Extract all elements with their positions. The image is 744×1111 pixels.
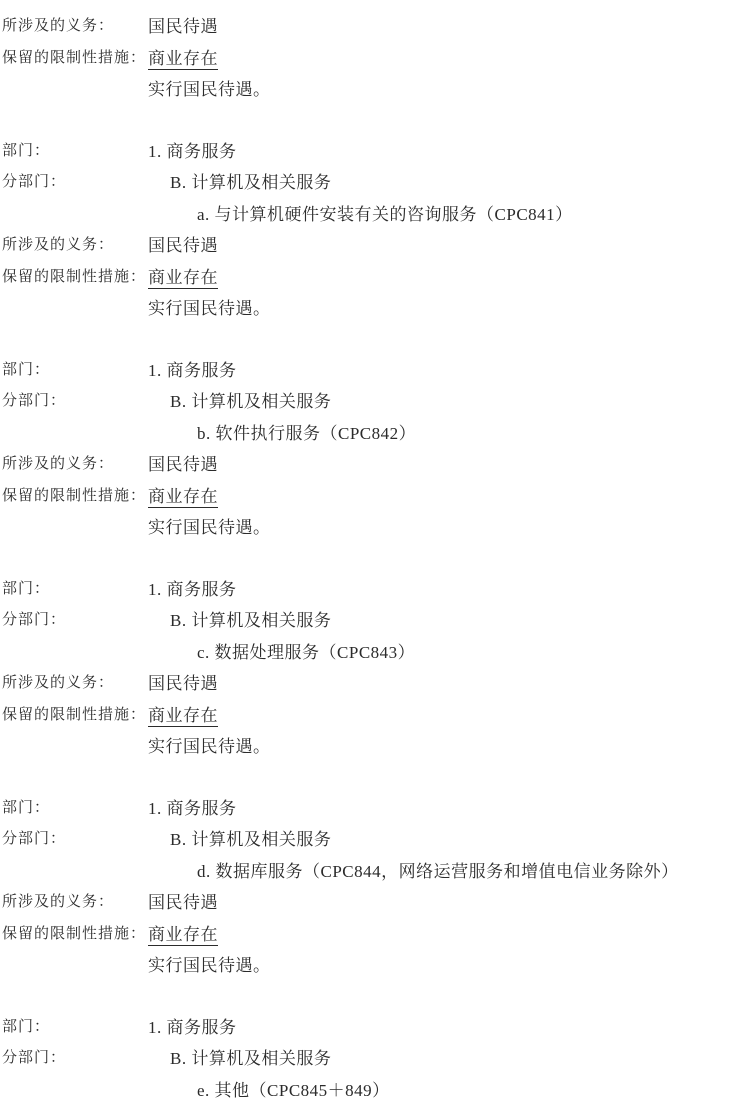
sector-label: 部门： [2,355,148,387]
subsector-label: 分部门： [2,824,148,856]
sector-label: 部门： [2,136,148,168]
schedule-entry-5: 部门： 1. 商务服务 分部门： B. 计算机及相关服务 e. 其他（CPC84… [2,1012,738,1107]
subsector-value: B. 计算机及相关服务 [148,1043,331,1075]
subsector-row: 分部门： B. 计算机及相关服务 [2,605,738,637]
obligations-row: 所涉及的义务： 国民待遇 [2,230,738,262]
measures-row: 保留的限制性措施： 商业存在 [2,700,738,732]
item-row: a. 与计算机硬件安装有关的咨询服务（CPC841） [2,199,738,231]
measure-detail-row: 实行国民待遇。 [2,950,738,982]
measure-value: 商业存在 [148,481,218,513]
measure-detail: 实行国民待遇。 [148,293,271,325]
item-value: d. 数据库服务（CPC844，网络运营服务和增值电信业务除外） [148,856,679,888]
measure-detail: 实行国民待遇。 [148,512,271,544]
item-row: b. 软件执行服务（CPC842） [2,418,738,450]
obligations-label: 所涉及的义务： [2,668,148,700]
measures-row: 保留的限制性措施： 商业存在 [2,262,738,294]
subsector-value: B. 计算机及相关服务 [148,386,331,418]
obligations-value: 国民待遇 [148,449,218,481]
subsector-label: 分部门： [2,1043,148,1075]
item-value: b. 软件执行服务（CPC842） [148,418,416,450]
item-row: e. 其他（CPC845＋849） [2,1075,738,1107]
sector-row: 部门： 1. 商务服务 [2,1012,738,1044]
sector-label: 部门： [2,1012,148,1044]
sector-value: 1. 商务服务 [148,136,237,168]
subsector-label: 分部门： [2,167,148,199]
measure-value: 商业存在 [148,919,218,951]
subsector-value: B. 计算机及相关服务 [148,167,331,199]
sector-value: 1. 商务服务 [148,793,237,825]
measures-label: 保留的限制性措施： [2,700,148,732]
item-value: e. 其他（CPC845＋849） [148,1075,390,1107]
subsector-row: 分部门： B. 计算机及相关服务 [2,167,738,199]
measures-row: 保留的限制性措施： 商业存在 [2,919,738,951]
schedule-entry-2: 部门： 1. 商务服务 分部门： B. 计算机及相关服务 b. 软件执行服务（C… [2,355,738,544]
measure-detail-row: 实行国民待遇。 [2,731,738,763]
schedule-entry-0: 所涉及的义务： 国民待遇 保留的限制性措施： 商业存在 实行国民待遇。 [2,11,738,106]
measures-label: 保留的限制性措施： [2,262,148,294]
obligations-value: 国民待遇 [148,11,218,43]
item-row: c. 数据处理服务（CPC843） [2,637,738,669]
subsector-row: 分部门： B. 计算机及相关服务 [2,824,738,856]
obligations-value: 国民待遇 [148,887,218,919]
measures-label: 保留的限制性措施： [2,43,148,75]
obligations-label: 所涉及的义务： [2,449,148,481]
measure-detail-row: 实行国民待遇。 [2,74,738,106]
schedule-entry-3: 部门： 1. 商务服务 分部门： B. 计算机及相关服务 c. 数据处理服务（C… [2,574,738,763]
sector-row: 部门： 1. 商务服务 [2,355,738,387]
measure-detail: 实行国民待遇。 [148,74,271,106]
measure-value: 商业存在 [148,262,218,294]
item-value: a. 与计算机硬件安装有关的咨询服务（CPC841） [148,199,573,231]
subsector-value: B. 计算机及相关服务 [148,605,331,637]
measure-value: 商业存在 [148,700,218,732]
obligations-row: 所涉及的义务： 国民待遇 [2,887,738,919]
sector-value: 1. 商务服务 [148,574,237,606]
sector-label: 部门： [2,793,148,825]
sector-value: 1. 商务服务 [148,1012,237,1044]
document-page: 所涉及的义务： 国民待遇 保留的限制性措施： 商业存在 实行国民待遇。 部门： … [0,0,744,1106]
subsector-value: B. 计算机及相关服务 [148,824,331,856]
obligations-label: 所涉及的义务： [2,887,148,919]
subsector-label: 分部门： [2,605,148,637]
sector-row: 部门： 1. 商务服务 [2,136,738,168]
obligations-value: 国民待遇 [148,668,218,700]
sector-label: 部门： [2,574,148,606]
obligations-value: 国民待遇 [148,230,218,262]
schedule-entry-1: 部门： 1. 商务服务 分部门： B. 计算机及相关服务 a. 与计算机硬件安装… [2,136,738,325]
item-row: d. 数据库服务（CPC844，网络运营服务和增值电信业务除外） [2,856,738,888]
item-value: c. 数据处理服务（CPC843） [148,637,415,669]
measures-row: 保留的限制性措施： 商业存在 [2,481,738,513]
obligations-row: 所涉及的义务： 国民待遇 [2,11,738,43]
schedule-entry-4: 部门： 1. 商务服务 分部门： B. 计算机及相关服务 d. 数据库服务（CP… [2,793,738,982]
measures-label: 保留的限制性措施： [2,919,148,951]
measure-detail-row: 实行国民待遇。 [2,512,738,544]
measure-detail: 实行国民待遇。 [148,950,271,982]
measure-detail: 实行国民待遇。 [148,731,271,763]
sector-row: 部门： 1. 商务服务 [2,574,738,606]
measures-label: 保留的限制性措施： [2,481,148,513]
sector-value: 1. 商务服务 [148,355,237,387]
obligations-row: 所涉及的义务： 国民待遇 [2,668,738,700]
sector-row: 部门： 1. 商务服务 [2,793,738,825]
subsector-row: 分部门： B. 计算机及相关服务 [2,386,738,418]
obligations-label: 所涉及的义务： [2,230,148,262]
measure-detail-row: 实行国民待遇。 [2,293,738,325]
subsector-label: 分部门： [2,386,148,418]
measure-value: 商业存在 [148,43,218,75]
obligations-row: 所涉及的义务： 国民待遇 [2,449,738,481]
subsector-row: 分部门： B. 计算机及相关服务 [2,1043,738,1075]
measures-row: 保留的限制性措施： 商业存在 [2,43,738,75]
obligations-label: 所涉及的义务： [2,11,148,43]
